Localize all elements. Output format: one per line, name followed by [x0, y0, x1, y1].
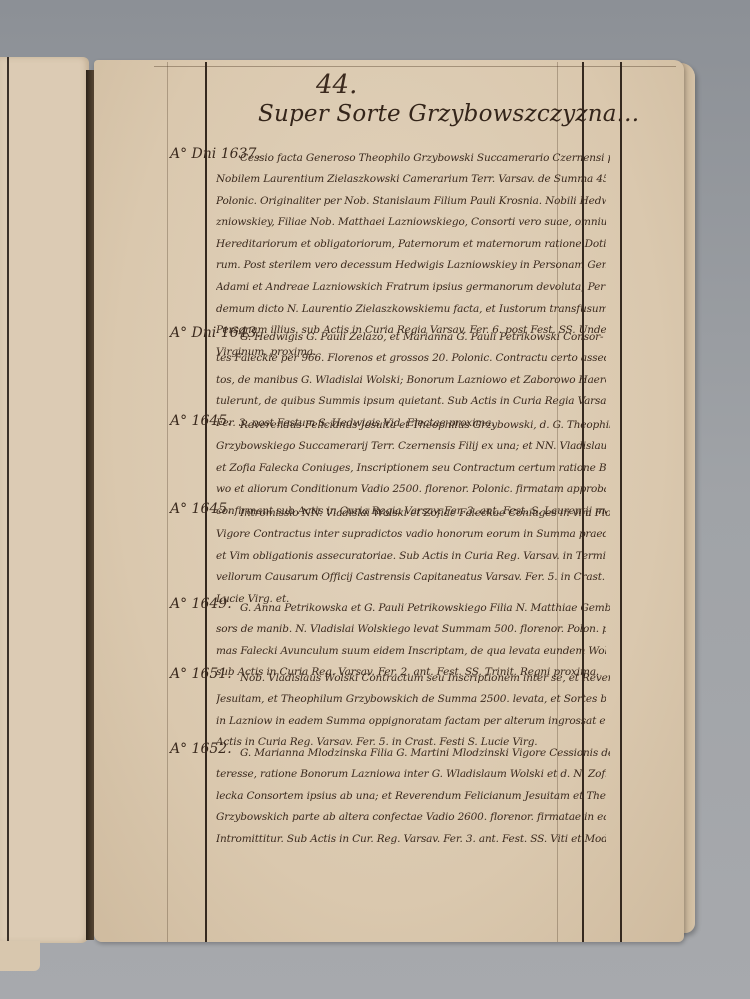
margin-rule-faint-left [167, 62, 168, 942]
entry-line: in Lazniow in eadem Summa oppignoratam f… [216, 711, 606, 733]
entry-line: zniowskiey, Filiae Nob. Matthaei Lazniow… [216, 212, 606, 234]
left-page-torn-flap [0, 941, 40, 971]
entry-line: vellorum Causarum Officij Castrensis Cap… [216, 567, 606, 589]
entry-line: Polonic. Originaliter per Nob. Stanislau… [216, 191, 606, 213]
entry-year: A° 1651. [170, 666, 232, 682]
entry-line: G. Hedwigis G. Pauli Zelazo, et Marianna… [240, 327, 610, 349]
entry-line: Nob. Vladislaus Wolski Contractum seu In… [240, 668, 610, 690]
entry-line: teresse, ratione Bonorum Lazniowa inter … [216, 764, 606, 786]
entry-line: et Vim obligationis assecuratoriae. Sub … [216, 546, 606, 568]
page-number: 44. [316, 70, 357, 100]
entry-line: wo et aliorum Conditionum Vadio 2500. fl… [216, 479, 606, 501]
entry-text: G. Marianna Mlodzinska Filia G. Martini … [240, 743, 610, 765]
entry-line: Cessio facta Generoso Theophilo Grzybows… [240, 148, 610, 170]
entry-line: tes Faleckie per 966. Florenos et grosso… [216, 348, 606, 370]
entry-line: tulerunt, de quibus Summis ipsum quietan… [216, 391, 606, 413]
left-page-rule [7, 57, 9, 943]
entry-text: G. Hedwigis G. Pauli Zelazo, et Marianna… [240, 327, 610, 349]
entry-line: lecka Consortem ipsius ab una; et Revere… [216, 786, 606, 808]
entry-line: tos, de manibus G. Wladislai Wolski; Bon… [216, 370, 606, 392]
entry-line: mas Falecki Avunculum suum eidem Inscrip… [216, 641, 606, 663]
page-title: Super Sorte Grzybowszczyzna... [258, 101, 639, 127]
entry-line: Intromittitur. Sub Actis in Cur. Reg. Va… [216, 829, 606, 851]
entry-line: sors de manib. N. Vladislai Wolskiego le… [216, 619, 606, 641]
entry-line: et Zofia Falecka Coniuges, Inscriptionem… [216, 458, 606, 480]
entry-line: G. Anna Petrikowska et G. Pauli Petrikow… [240, 598, 610, 620]
entry-line: Reverendus Felicianus Jesuita et Theophi… [240, 415, 610, 437]
top-rule [154, 66, 676, 67]
entry-line: Adami et Andreae Lazniowskich Fratrum ip… [216, 277, 606, 299]
margin-rule-outer [620, 62, 622, 942]
entry-text: teresse, ratione Bonorum Lazniowa inter … [216, 764, 606, 850]
entry-year: A° 1649. [170, 596, 232, 612]
entry-line: Intromissio NN. Vladislai Wolski et Zofi… [240, 503, 610, 525]
entry-line: demum dicto N. Laurentio Zielaszkowskiem… [216, 299, 606, 321]
entry-line: Vigore Contractus inter supradictos vadi… [216, 524, 606, 546]
entry-line: Jesuitam, et Theophilum Grzybowskich de … [216, 689, 606, 711]
entry-text: Intromissio NN. Vladislai Wolski et Zofi… [240, 503, 610, 525]
entry-line: Hereditariorum et obligatoriorum, Patern… [216, 234, 606, 256]
entry-line: rum. Post sterilem vero decessum Hedwigi… [216, 255, 606, 277]
entry-year: A° 1652. [170, 741, 232, 757]
entry-year: A° 1645. [170, 413, 232, 429]
entry-year: A° 1645. [170, 501, 232, 517]
entry-line: Grzybowskich parte ab altera confectae V… [216, 807, 606, 829]
entry-line: Grzybowskiego Succamerarij Terr. Czernen… [216, 436, 606, 458]
entry-line: Nobilem Laurentium Zielaszkowski Camerar… [216, 169, 606, 191]
left-page [0, 57, 89, 943]
entry-line: G. Marianna Mlodzinska Filia G. Martini … [240, 743, 610, 765]
entry-text: Nob. Vladislaus Wolski Contractum seu In… [240, 668, 610, 690]
entry-text: Reverendus Felicianus Jesuita et Theophi… [240, 415, 610, 437]
book-gutter [86, 70, 94, 940]
entry-text: Cessio facta Generoso Theophilo Grzybows… [240, 148, 610, 170]
entry-text: G. Anna Petrikowska et G. Pauli Petrikow… [240, 598, 610, 620]
